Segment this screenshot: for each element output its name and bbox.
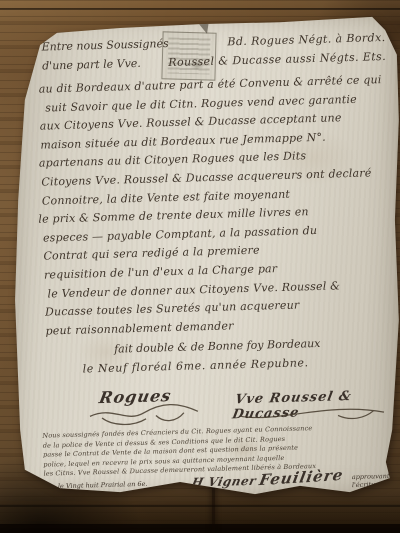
signature-vigner: H Vigner: [190, 474, 257, 490]
wood-plank-seam: [0, 524, 400, 533]
manuscript-content: Entre nous Soussignés Bd. Rogues Négt. à…: [31, 31, 400, 522]
torn-paper-sheet: Entre nous Soussignés Bd. Rogues Négt. à…: [8, 12, 400, 498]
signature-row: Rogues Vve Roussel & Ducasse: [41, 374, 400, 430]
photo-scene: Entre nous Soussignés Bd. Rogues Négt. à…: [0, 0, 400, 533]
opening-line-left: d'une part le Vve.: [42, 57, 141, 79]
paper-fold-mark: [193, 19, 209, 34]
postscript-date: le Vingt huit Prairial an 6e.: [58, 480, 148, 490]
manuscript-body: au dit Bordeaux d'autre part a été Conve…: [33, 73, 400, 343]
approval-note-right: approuvant l'écriture: [352, 471, 400, 489]
wood-plank-seam: [0, 505, 400, 507]
signature-rogues: Rogues: [98, 386, 173, 407]
wood-plank-seam: [0, 8, 400, 10]
signature-roussel-ducasse: Vve Roussel & Ducasse: [231, 387, 400, 422]
manuscript-paper: Entre nous Soussignés Bd. Rogues Négt. à…: [8, 12, 400, 498]
approval-note-left: approuvant l'écriture: [134, 488, 204, 498]
opening-line-left: Entre nous Soussignés: [41, 37, 169, 60]
